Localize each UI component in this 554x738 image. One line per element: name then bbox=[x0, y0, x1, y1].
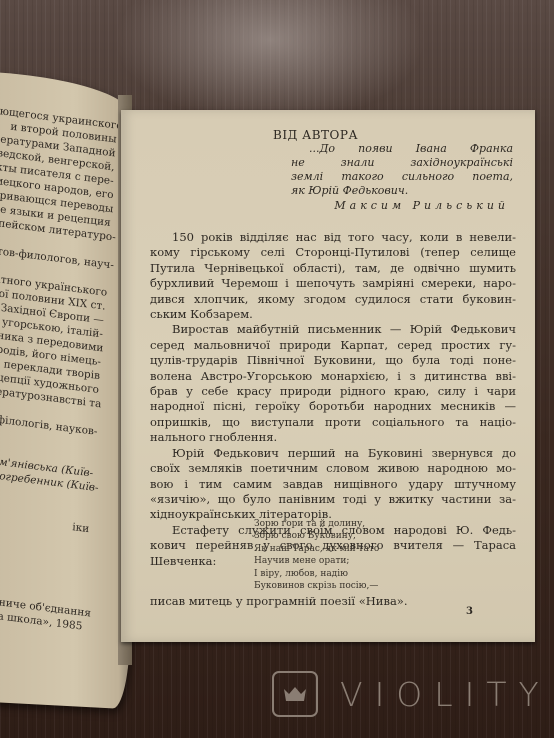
crown-icon bbox=[272, 671, 318, 717]
paragraph-line: брав у себе красу природи рідного краю, … bbox=[150, 384, 516, 399]
paragraph-line: цулів-трударів Північної Буковини, що бу… bbox=[150, 353, 516, 368]
watermark-text: VIOLITY bbox=[340, 675, 551, 714]
paragraph-line: бурхливий Черемош і шепочуть замріяні см… bbox=[150, 276, 516, 291]
page-title: ВІД АВТОРА bbox=[273, 128, 358, 142]
watermark: VIOLITY bbox=[272, 668, 551, 720]
paragraph-line: дився хлопчик, якому згодом судилося ста… bbox=[150, 292, 516, 307]
paragraph-line: волена Австро-Угорською монархією, і з д… bbox=[150, 369, 516, 384]
poem-line: Буковинов скрізь посію,— bbox=[254, 580, 379, 592]
paragraph-line: ським Кобзарем. bbox=[150, 307, 516, 322]
paragraph-line: Путила Чернівецької області), там, де од… bbox=[150, 261, 516, 276]
left-page-text: ющегося украинского и второй половины ер… bbox=[0, 104, 118, 633]
closing-line: писав митець у програмній поезії «Нива». bbox=[150, 594, 408, 608]
epigraph-line: як Юрій Федькович. bbox=[291, 184, 513, 198]
right-page: ВІД АВТОРА ...До появи Івана Франка не з… bbox=[121, 110, 535, 642]
paragraph-line: народної пісні, героїку боротьби народни… bbox=[150, 399, 516, 414]
paragraph-line: Юрій Федькович перший на Буковині зверну… bbox=[150, 446, 516, 461]
paragraph-line: вою і тим самим завдав нищівного удару ш… bbox=[150, 477, 516, 492]
left-page: ющегося украинского и второй половины ер… bbox=[0, 72, 130, 709]
paragraph-line: «язичію», що було панівним тоді у вжитку… bbox=[150, 492, 516, 507]
poem-line: Зорю свою Буковину, bbox=[254, 530, 379, 542]
paragraph-line: опришків, що виступали проти соціального… bbox=[150, 415, 516, 430]
paragraph-line: Виростав майбутній письменник — Юрій Фед… bbox=[150, 322, 516, 337]
paragraph-line: 150 років відділяє нас від того часу, ко… bbox=[150, 230, 516, 245]
epigraph: ...До появи Івана Франка не знали західн… bbox=[291, 142, 513, 213]
epigraph-author: Максим Рильський bbox=[291, 199, 513, 213]
poem-line: І віру, любов, надію bbox=[254, 568, 379, 580]
paragraph-line: нального гноблення. bbox=[150, 430, 516, 445]
poem: Зорю гори та й долину, Зорю свою Буковин… bbox=[254, 518, 379, 592]
poem-line: Як наш Тарас, як мій тато bbox=[254, 543, 379, 555]
paragraph-line: кому гірському селі Сторонці-Путилові (т… bbox=[150, 245, 516, 260]
epigraph-line: ...До появи Івана Франка bbox=[291, 142, 513, 156]
epigraph-line: не знали західноукраїнські bbox=[291, 156, 513, 170]
page-number: 3 bbox=[466, 606, 486, 617]
poem-line: Зорю гори та й долину, bbox=[254, 518, 379, 530]
paragraph-line: своїх земляків поетичним словом живою на… bbox=[150, 461, 516, 476]
poem-line: Научив мене орати; bbox=[254, 555, 379, 567]
epigraph-line: землі такого сильного поета, bbox=[291, 170, 513, 184]
paragraph-line: серед мальовничої природи Карпат, серед … bbox=[150, 338, 516, 353]
